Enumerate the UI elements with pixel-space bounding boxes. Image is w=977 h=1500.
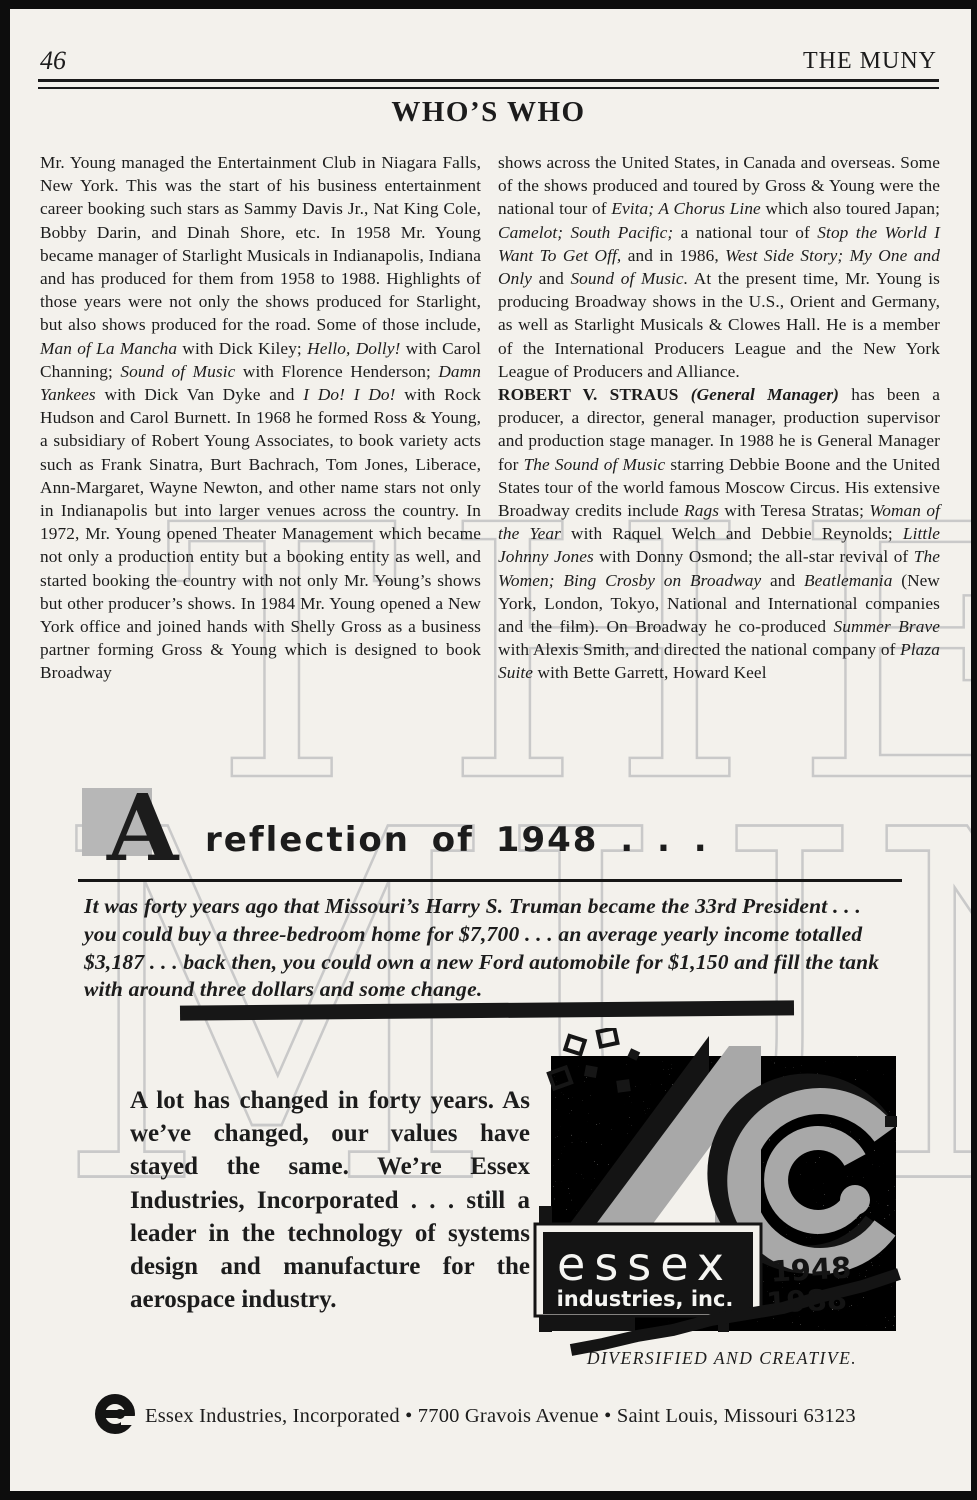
section-title: WHO’S WHO bbox=[0, 96, 977, 129]
header-rule-thin bbox=[38, 87, 939, 89]
bio-column-right: shows across the United States, in Canad… bbox=[498, 151, 940, 685]
ad-dropcap: A bbox=[107, 782, 178, 874]
footer-address: Essex Industries, Incorporated • 7700 Gr… bbox=[145, 1405, 856, 1428]
ad-lead-paragraph: It was forty years ago that Missouri’s H… bbox=[84, 893, 884, 1004]
scan-border-left bbox=[0, 0, 10, 1500]
essex-tagline: DIVERSIFIED AND CREATIVE. bbox=[533, 1348, 911, 1369]
essex-ad-copy: A lot has changed in forty years. As we’… bbox=[130, 1084, 530, 1316]
forty-logo-graphic: 1948 1988 essex industries, inc. bbox=[533, 1028, 911, 1358]
footer: Essex Industries, Incorporated • 7700 Gr… bbox=[93, 1392, 903, 1441]
headline-rule bbox=[78, 879, 902, 882]
page-number: 46 bbox=[40, 46, 66, 76]
bio-paragraph: ROBERT V. STRAUS (General Manager) has b… bbox=[498, 383, 940, 685]
header-rule-thick bbox=[38, 79, 939, 82]
essex-wordmark: essex bbox=[557, 1237, 733, 1291]
scan-border-right bbox=[971, 0, 977, 1500]
essex-40th-anniversary-logo: 1948 1988 essex industries, inc. bbox=[533, 1028, 911, 1358]
bio-paragraph: shows across the United States, in Canad… bbox=[498, 151, 940, 383]
bio-column-left: Mr. Young managed the Entertainment Club… bbox=[40, 151, 481, 685]
industries-wordmark: industries, inc. bbox=[557, 1287, 734, 1311]
scan-border-top bbox=[0, 0, 977, 9]
ad-headline: reflection of 1948 . . . bbox=[205, 820, 709, 860]
essex-brand-box: essex industries, inc. bbox=[535, 1224, 761, 1316]
program-page: THE MUNY 46 THE MUNY WHO’S WHO Mr. Young… bbox=[0, 0, 977, 1500]
bio-paragraph: Mr. Young managed the Entertainment Club… bbox=[40, 151, 481, 685]
publication-name: THE MUNY bbox=[803, 48, 937, 75]
essex-e-icon bbox=[93, 1392, 137, 1441]
scan-border-bottom bbox=[0, 1491, 977, 1500]
